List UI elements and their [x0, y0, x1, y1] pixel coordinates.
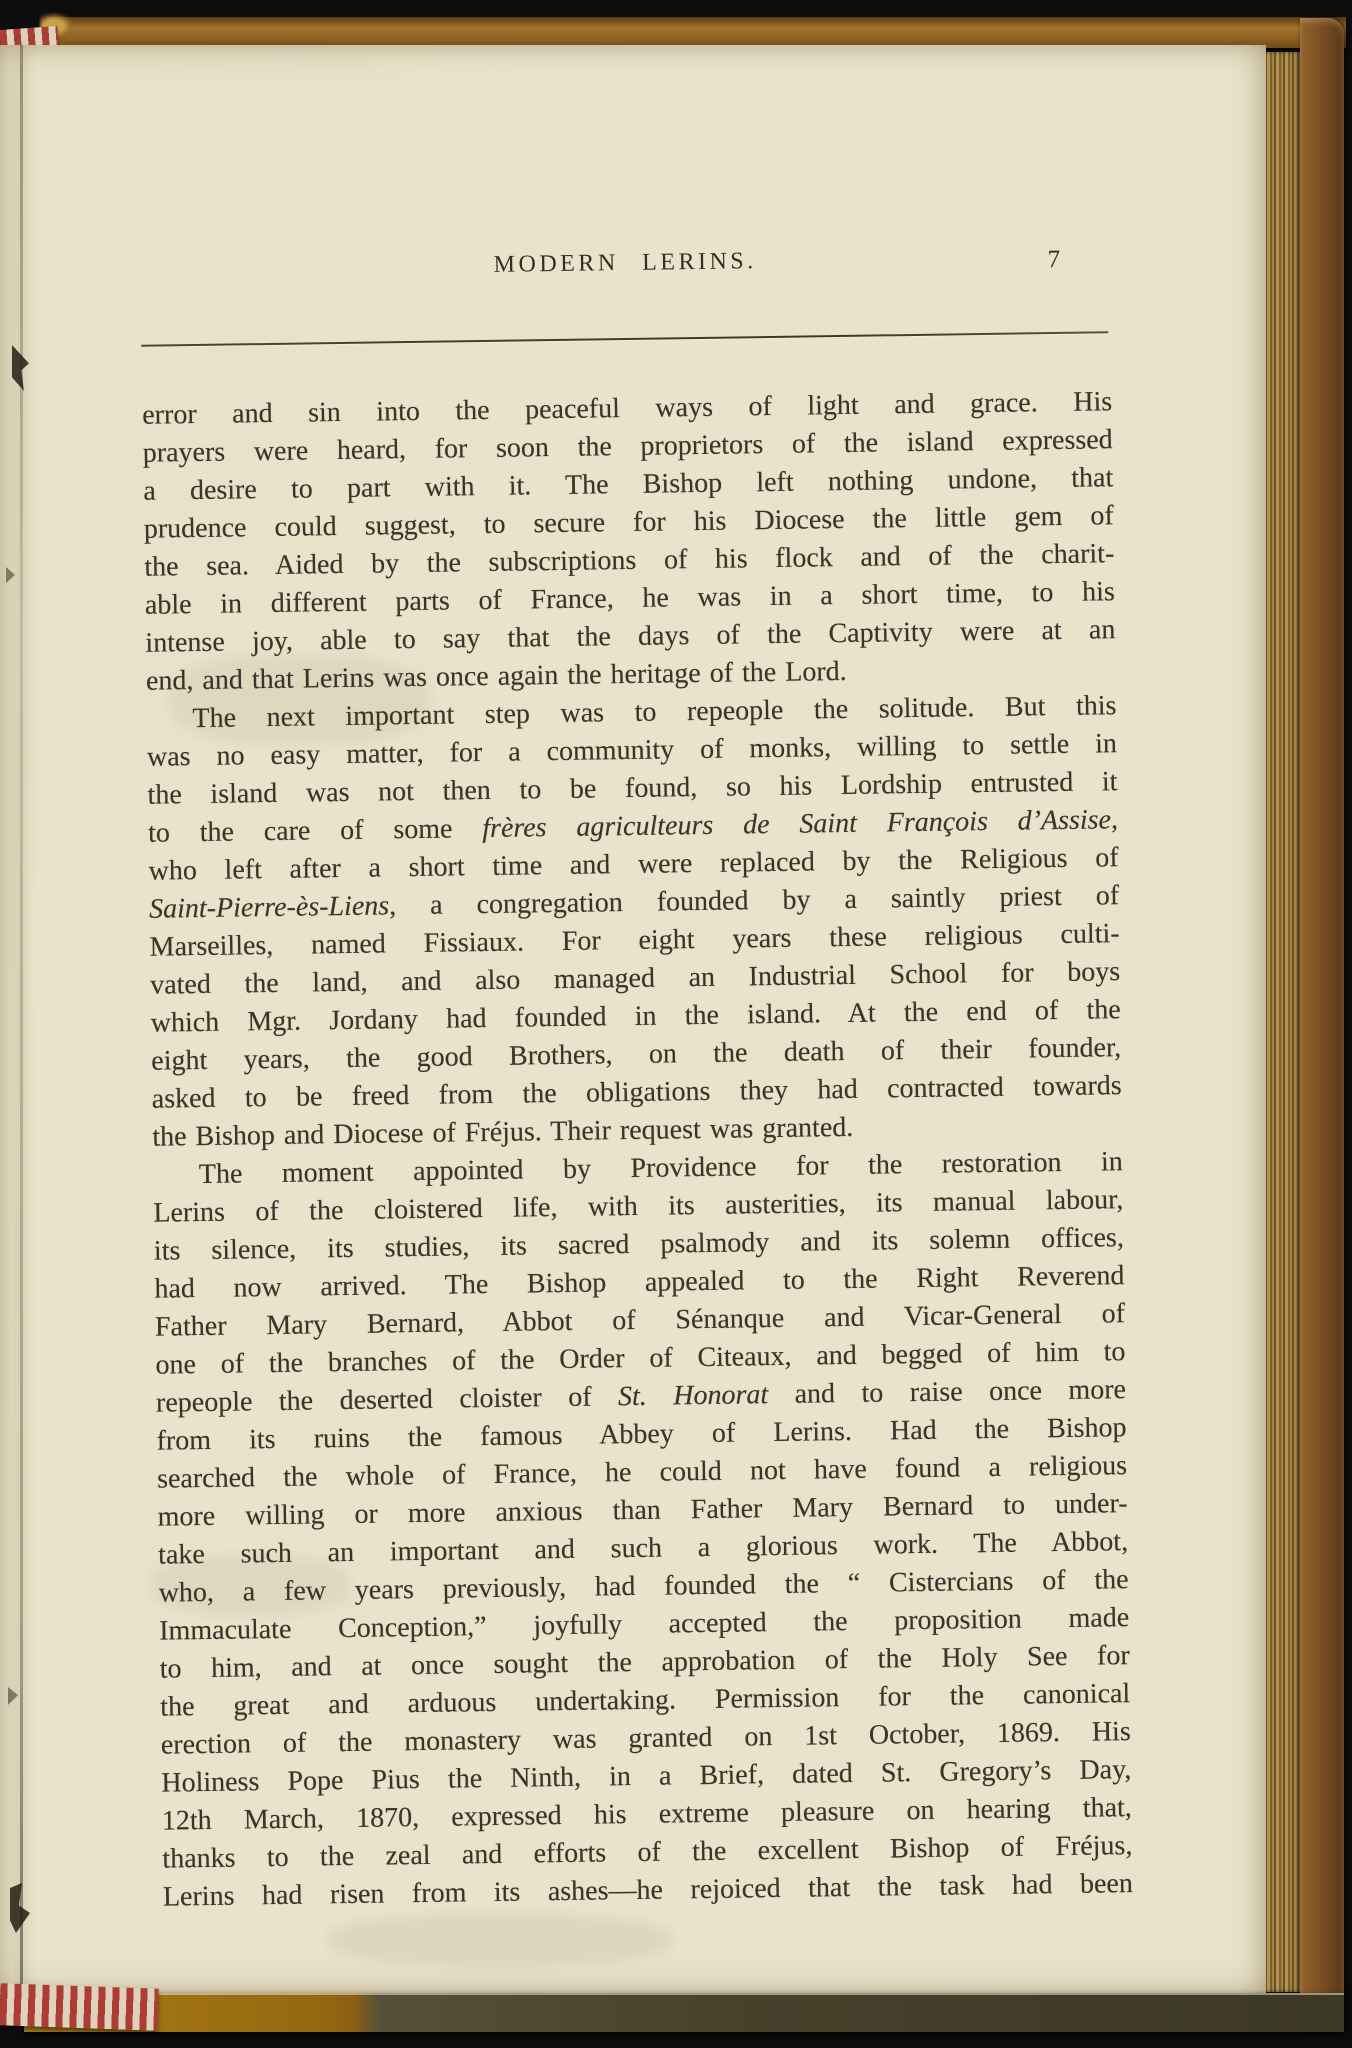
page-edges-stack [1263, 52, 1300, 1992]
page-number: 7 [1047, 246, 1060, 274]
book-cover-top-edge [46, 17, 1346, 48]
book-cover-right-edge [1300, 18, 1344, 2030]
running-head-row: MODERN LERINS. 7 [140, 243, 1110, 291]
binding-mark [6, 567, 15, 583]
page-content: MODERN LERINS. 7 error and sin into the … [140, 243, 1133, 1916]
binding-mark [8, 1687, 18, 1705]
gutter-crease [20, 45, 23, 1995]
book-bottom-edge [24, 1993, 1344, 2032]
running-head: MODERN LERINS. [493, 248, 756, 278]
headband-bottom [0, 1983, 159, 2030]
ink-showthrough [330, 1915, 670, 1965]
body-text: error and sin into the peaceful ways of … [142, 383, 1133, 1916]
binding-mark [10, 1883, 30, 1933]
photo-background: MODERN LERINS. 7 error and sin into the … [0, 0, 1352, 2048]
book-page: MODERN LERINS. 7 error and sin into the … [0, 45, 1266, 1995]
divider-rule [141, 331, 1108, 347]
